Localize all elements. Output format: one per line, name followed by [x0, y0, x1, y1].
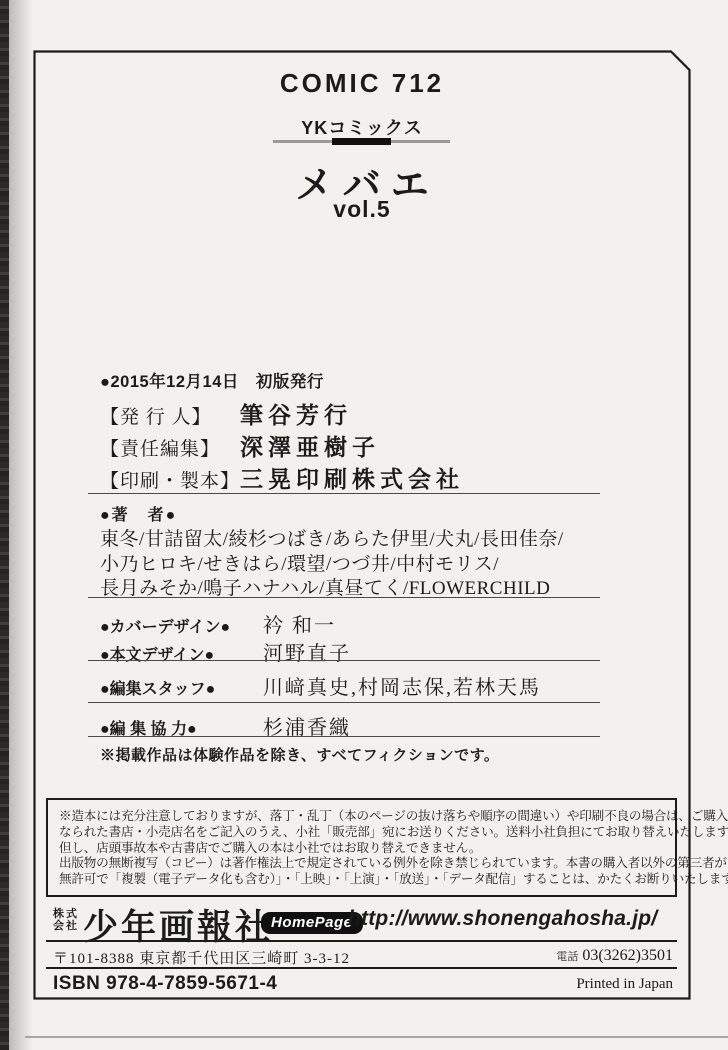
row-value: 深澤亜樹子 — [240, 429, 380, 462]
author-list-line: 東冬/甘詰留太/綾杉つばき/あらた伊里/犬丸/長田佳奈/ — [100, 524, 564, 551]
row-label: 【印刷・製本】 — [100, 466, 240, 493]
phone-number: 03(3262)3501 — [582, 947, 673, 964]
returns-copyright-notice-box: ※造本には充分注意しておりますが、落丁・乱丁（本のページの抜け落ちや順序の間違い… — [46, 798, 677, 897]
row-label: 【責任編集】 — [100, 434, 240, 461]
volume-number: vol.5 — [33, 196, 691, 223]
row-value: 河野直子 — [263, 637, 351, 666]
notice-line: 無許可で「複製（電子データ化も含む）」・「上映」・「上演」・「放送」・「データ配… — [59, 872, 664, 888]
row-value: 衿 和一 — [263, 609, 336, 638]
authors-heading: ●著 者● — [100, 502, 177, 525]
publisher-person-row: 【発 行 人】 筆谷芳行 — [100, 397, 352, 430]
publisher-url: http://www.shonengahosha.jp/ — [348, 907, 657, 931]
row-label: 【発 行 人】 — [100, 402, 240, 429]
imprint-underline-black — [332, 138, 391, 145]
row-label: ●編集スタッフ● — [100, 676, 263, 699]
section-divider — [88, 493, 600, 494]
notice-line: 出版物の無断複写（コピー）は著作権法上で規定されている例外を除き禁じられています… — [59, 856, 664, 872]
row-label: ●本文デザイン● — [100, 642, 263, 665]
row-label: ●カバーデザイン● — [100, 614, 263, 637]
book-binding-edge — [0, 0, 9, 1050]
section-divider — [88, 597, 600, 598]
cover-design-row: ●カバーデザイン● 衿 和一 — [100, 609, 336, 638]
printed-in-japan: Printed in Japan — [576, 976, 673, 993]
editorial-staff-row: ●編集スタッフ● 川﨑真史,村岡志保,若林天馬 — [100, 671, 541, 700]
section-divider — [88, 660, 600, 661]
corp-prefix-bottom: 会社 — [53, 920, 79, 932]
notice-line: なられた書店・小売店名をご記入のうえ、小社「販売部」宛にお送りください。送料小社… — [59, 825, 664, 841]
binding-shadow — [9, 0, 33, 1050]
notice-line: ※造本には充分注意しておりますが、落丁・乱丁（本のページの抜け落ちや順序の間違い… — [59, 809, 664, 825]
imprint-label: YKコミックス — [33, 114, 691, 140]
row-value: 三晃印刷株式会社 — [240, 461, 464, 494]
comic-code: COMIC 712 — [33, 68, 691, 99]
section-divider — [88, 702, 600, 703]
section-divider — [88, 736, 600, 737]
chief-editor-row: 【責任編集】 深澤亜樹子 — [100, 429, 380, 462]
page-edge-line — [25, 1036, 728, 1038]
text-design-row: ●本文デザイン● 河野直子 — [100, 637, 351, 666]
row-value: 筆谷芳行 — [240, 397, 352, 430]
phone-label: 電話 — [556, 951, 578, 963]
row-value: 川﨑真史,村岡志保,若林天馬 — [263, 671, 541, 700]
publisher-phone: 電話03(3262)3501 — [556, 947, 673, 965]
publisher-name: 少年画報社 — [83, 900, 273, 950]
notice-line: 但し、店頭事故本や古書店でご購入の本は小社ではお取り替えできません。 — [59, 841, 664, 857]
corp-prefix-top: 株式 — [53, 908, 79, 920]
author-list-line: 長月みそか/鳴子ハナハル/真昼てく/FLOWERCHILD — [100, 573, 550, 600]
author-list-line: 小乃ヒロキ/せきはら/環望/つづ井/中村モリス/ — [100, 549, 499, 576]
corporation-prefix: 株式 会社 — [53, 908, 79, 932]
isbn-divider — [46, 967, 677, 969]
first-edition-date: ●2015年12月14日 初版発行 — [100, 368, 324, 392]
isbn-number: ISBN 978-4-7859-5671-4 — [53, 973, 277, 995]
printing-company-row: 【印刷・製本】 三晃印刷株式会社 — [100, 461, 464, 494]
fiction-disclaimer: ※掲載作品は体験作品を除き、すべてフィクションです。 — [100, 744, 499, 765]
publisher-address: 〒101-8388 東京都千代田区三崎町 3-3-12 — [53, 947, 350, 968]
publisher-divider — [46, 940, 677, 942]
colophon-border-box: COMIC 712 YKコミックス メバエ vol.5 ●2015年12月14日… — [33, 50, 691, 1000]
